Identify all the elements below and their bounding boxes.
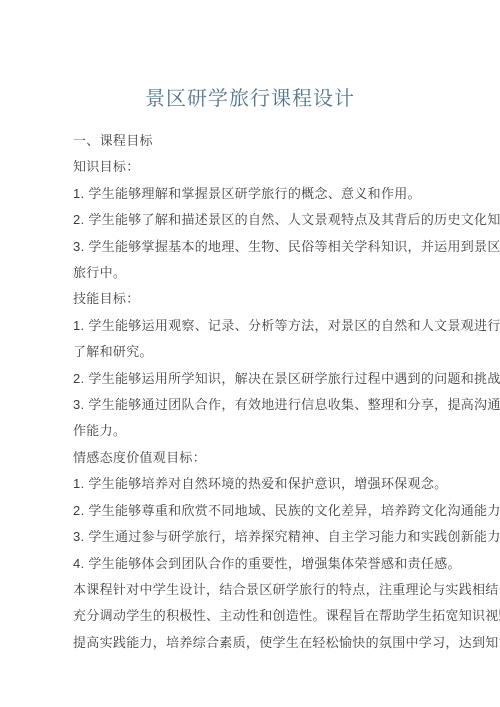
document-body: 一、课程目标 知识目标： 1. 学生能够理解和掌握景区研学旅行的概念、意义和作用…	[73, 128, 430, 656]
body-line: 1. 学生能够理解和掌握景区研学旅行的概念、意义和作用。	[73, 181, 430, 207]
body-line: 本课程针对中学生设计，结合景区研学旅行的特点，注重理论与实践相结合，	[73, 577, 430, 603]
body-line-heading-course-goals: 一、课程目标	[73, 128, 430, 154]
body-line: 作能力。	[73, 418, 430, 444]
body-line: 旅行中。	[73, 260, 430, 286]
body-line: 1. 学生能够培养对自然环境的热爱和保护意识，增强环保观念。	[73, 471, 430, 497]
body-line: 2. 学生能够尊重和欣赏不同地域、民族的文化差异，培养跨文化沟通能力。	[73, 498, 430, 524]
body-line: 充分调动学生的积极性、主动性和创造性。课程旨在帮助学生拓宽知识视野，	[73, 603, 430, 629]
body-line-knowledge-goals-label: 知识目标：	[73, 154, 430, 180]
body-line-skill-goals-label: 技能目标：	[73, 286, 430, 312]
body-line: 2. 学生能够了解和描述景区的自然、人文景观特点及其背后的历史文化知识。	[73, 207, 430, 233]
body-line: 1. 学生能够运用观察、记录、分析等方法，对景区的自然和人文景观进行深入	[73, 313, 430, 339]
body-line: 3. 学生通过参与研学旅行，培养探究精神、自主学习能力和实践创新能力。	[73, 524, 430, 550]
body-line: 了解和研究。	[73, 339, 430, 365]
body-line: 提高实践能力，培养综合素质，使学生在轻松愉快的氛围中学习，达到知识、	[73, 630, 430, 656]
document-page: 景区研学旅行课程设计 一、课程目标 知识目标： 1. 学生能够理解和掌握景区研学…	[0, 0, 500, 707]
body-line: 4. 学生能够体会到团队合作的重要性，增强集体荣誉感和责任感。	[73, 551, 430, 577]
body-line-affective-goals-label: 情感态度价值观目标：	[73, 445, 430, 471]
document-title: 景区研学旅行课程设计	[0, 0, 500, 113]
body-line: 3. 学生能够通过团队合作，有效地进行信息收集、整理和分享，提高沟通与协	[73, 392, 430, 418]
body-line: 3. 学生能够掌握基本的地理、生物、民俗等相关学科知识，并运用到景区研学	[73, 234, 430, 260]
body-line: 2. 学生能够运用所学知识，解决在景区研学旅行过程中遇到的问题和挑战。	[73, 366, 430, 392]
